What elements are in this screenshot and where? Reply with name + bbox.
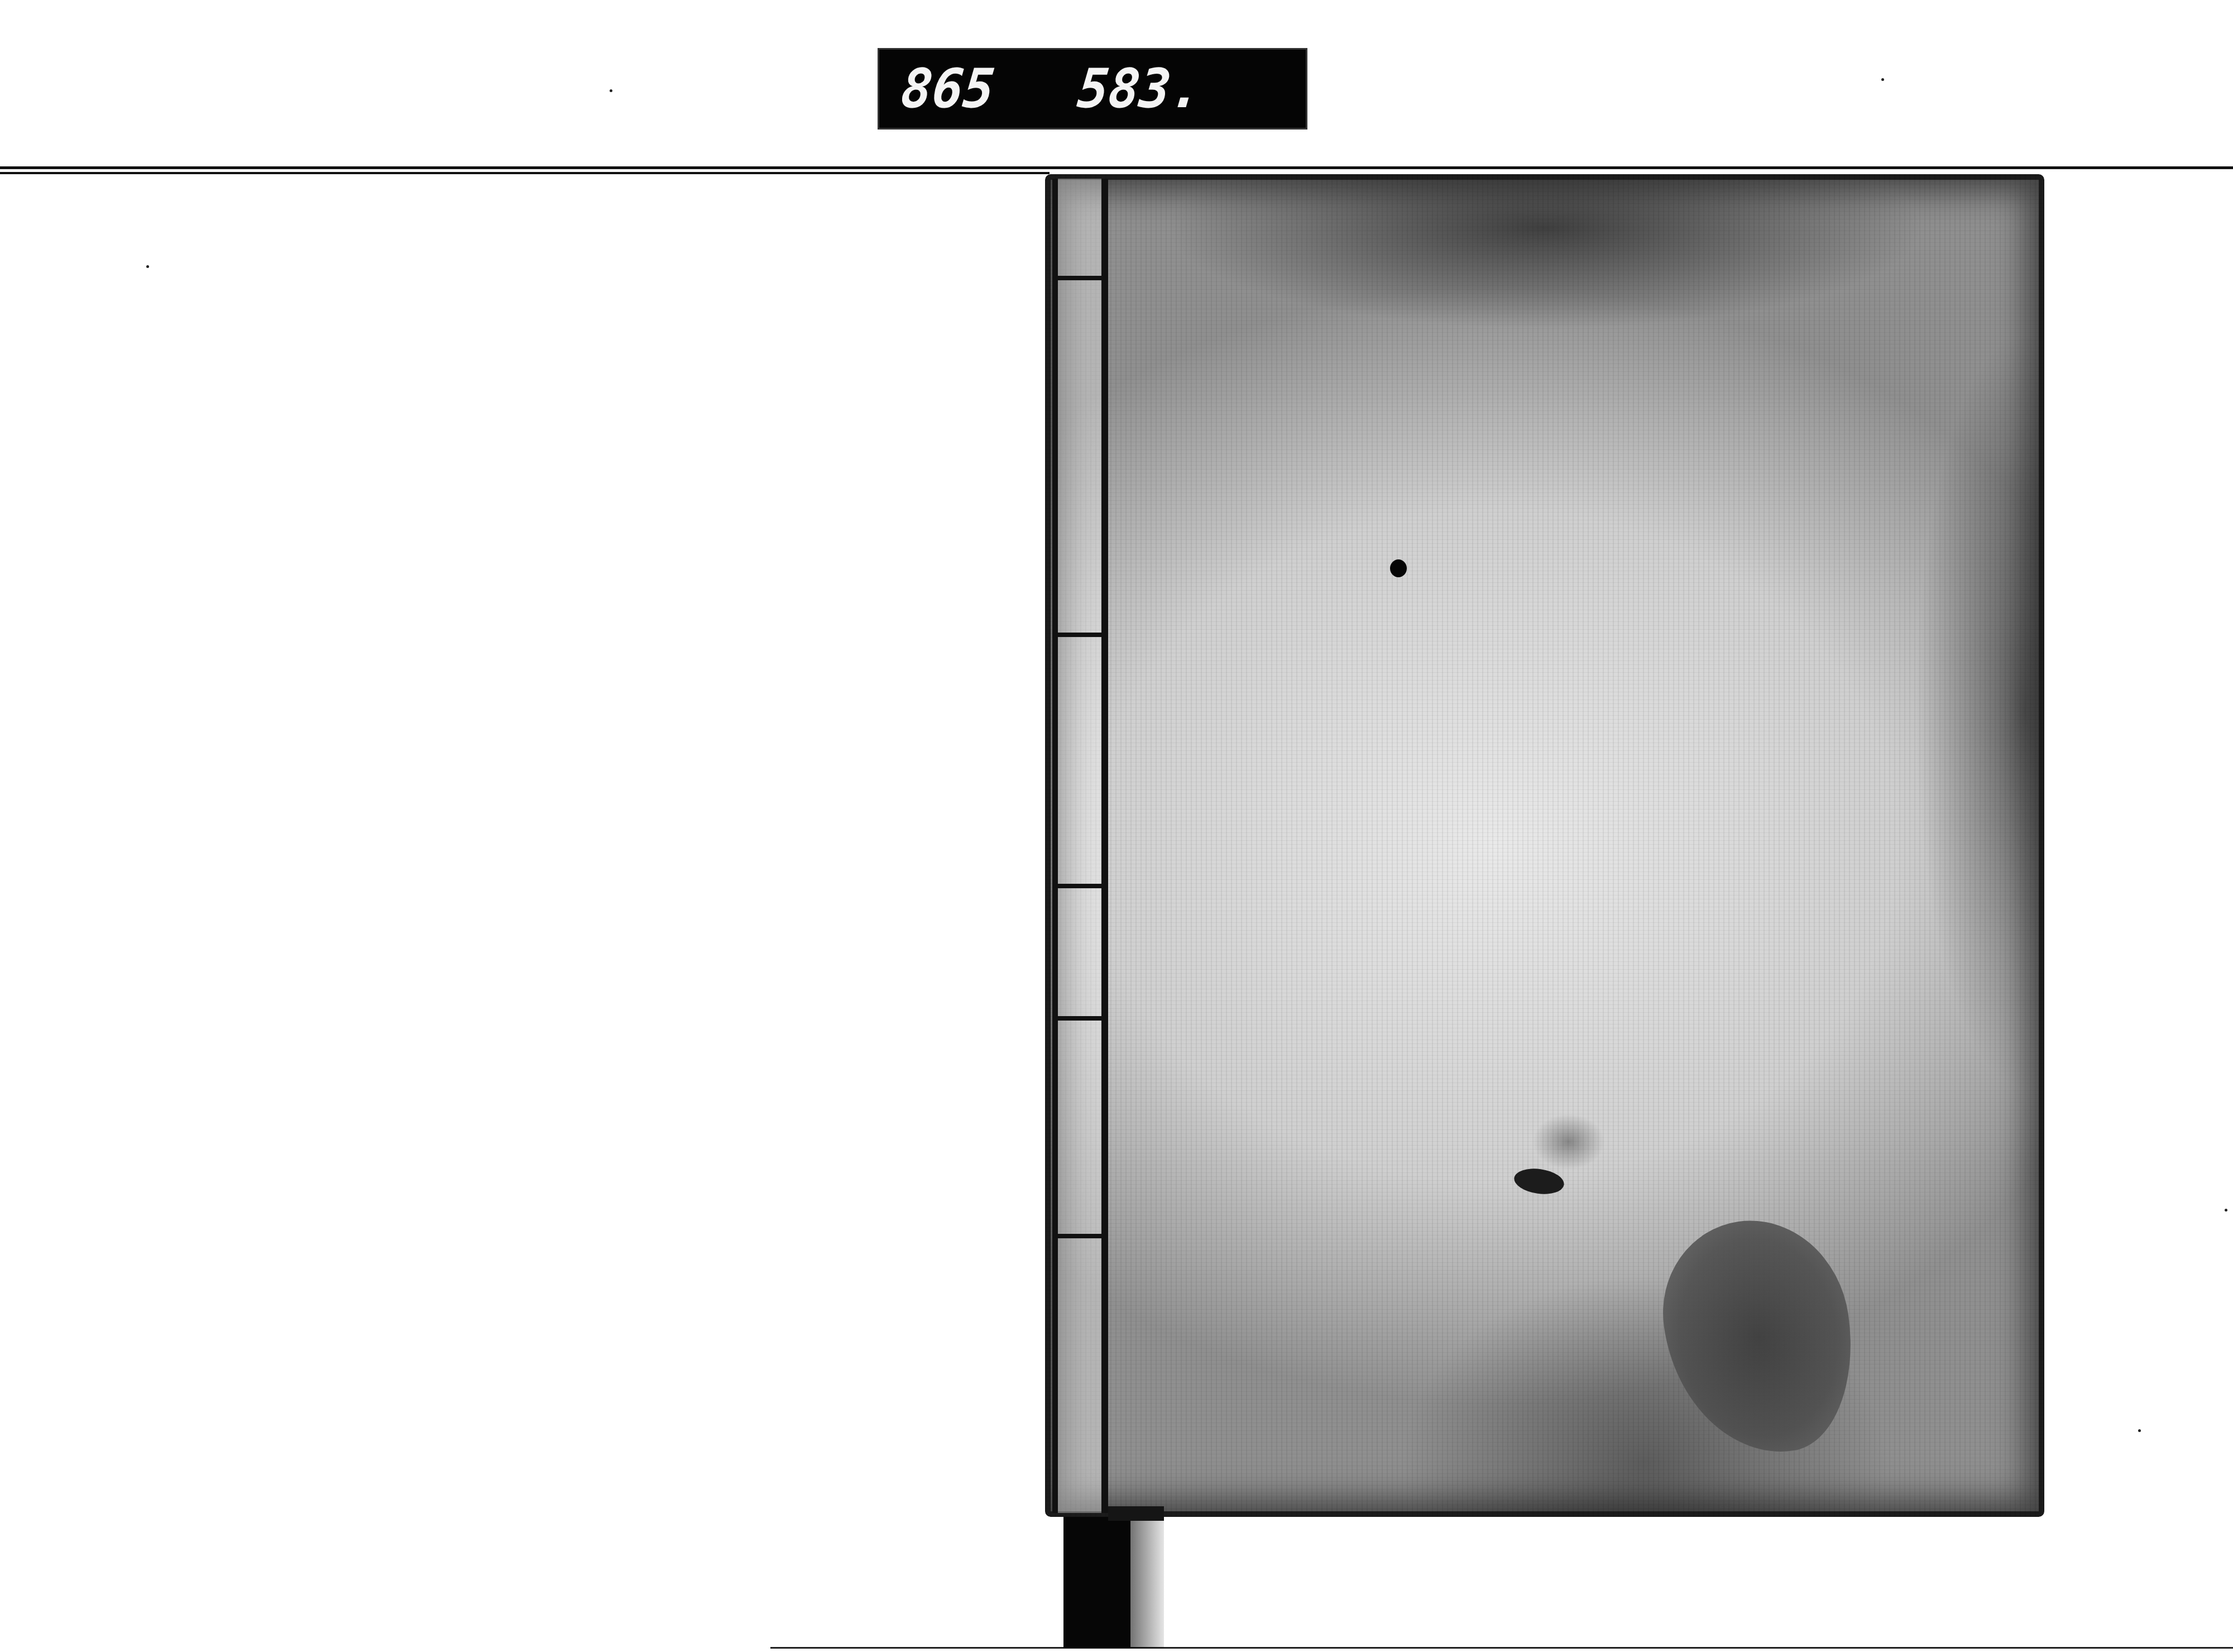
frame-counter-right: 583.: [1078, 63, 1202, 114]
stain-halo: [1532, 1114, 1605, 1170]
support-strip-shadow: [1130, 1514, 1164, 1648]
binding-thread: [1052, 1016, 1108, 1021]
frame-counter-left: 865: [902, 63, 994, 114]
frame-counter-right-digits: 583.: [1075, 62, 1205, 116]
binding-thread: [1052, 276, 1108, 280]
binding-thread: [1052, 1234, 1108, 1238]
support-strip: [1063, 1514, 1130, 1648]
ink-spot: [1390, 559, 1407, 577]
book-spine: [1052, 179, 1108, 1513]
frame-counter-label: 865 583.: [878, 48, 1307, 130]
binding-thread: [1052, 884, 1108, 888]
spine-base: [1108, 1506, 1164, 1521]
scanner-top-rule: [0, 166, 2233, 169]
frame-counter-left-digits: 865: [899, 62, 997, 116]
book-cover: [1045, 174, 2044, 1517]
binding-thread: [1052, 633, 1108, 637]
scanner-top-rule-secondary: [0, 172, 1050, 174]
scanner-bottom-rule: [770, 1647, 2233, 1649]
